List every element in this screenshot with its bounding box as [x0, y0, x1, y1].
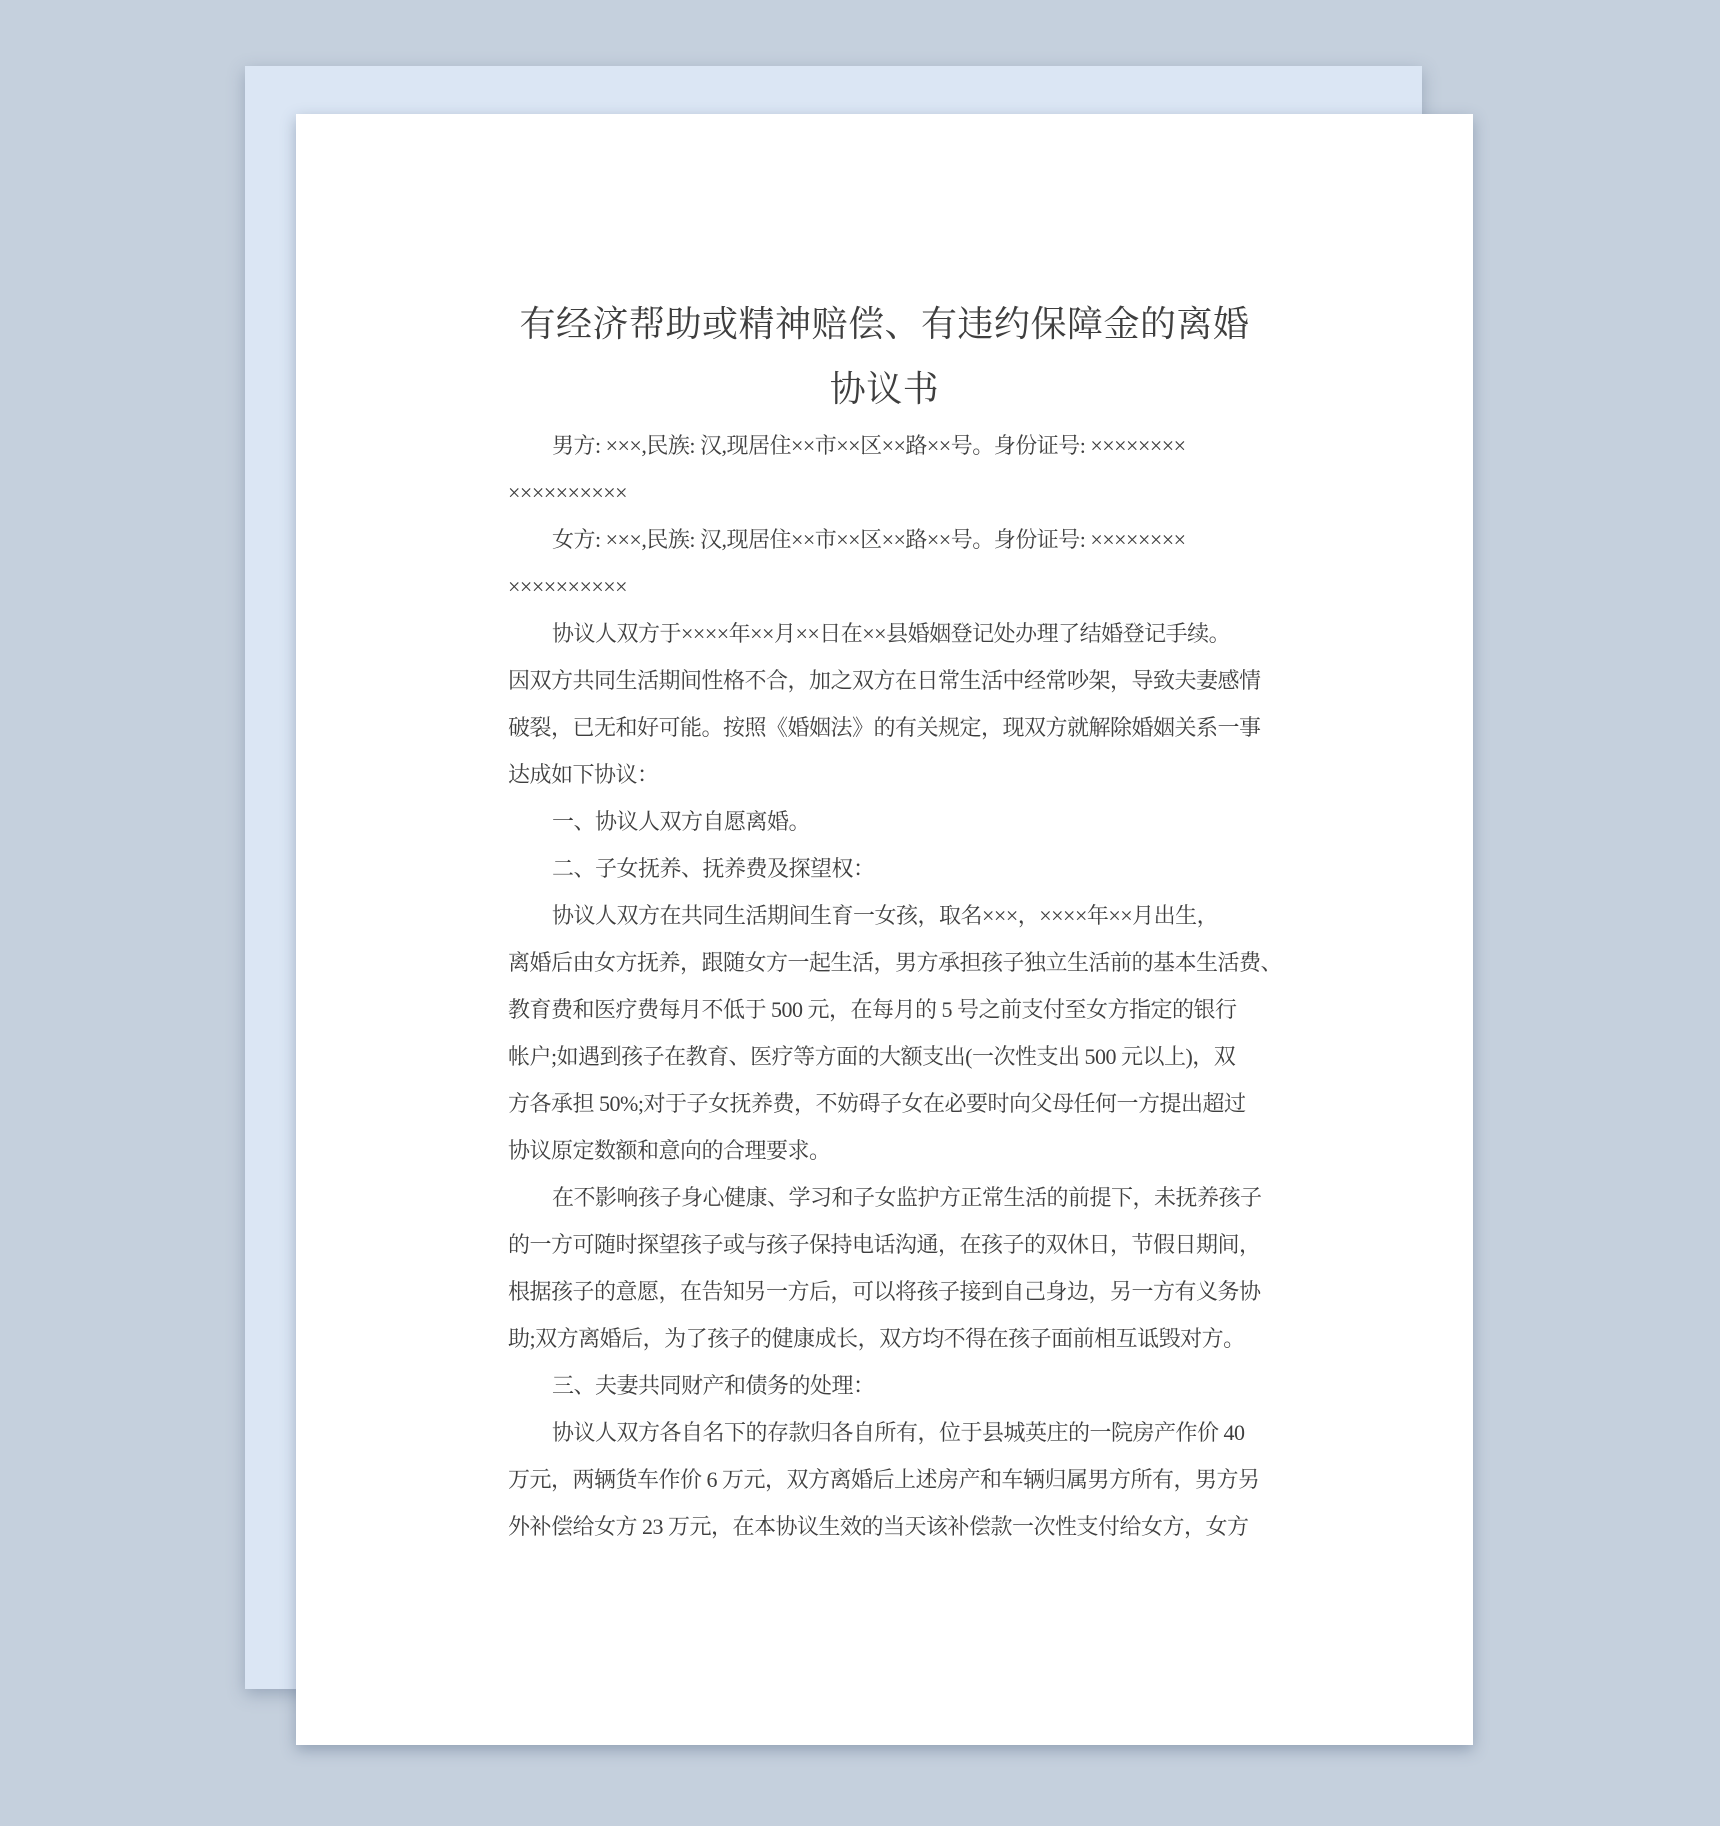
document-page: 有经济帮助或精神赔偿、有违约保障金的离婚协议书 男方: ×××,民族: 汉,现居… [296, 114, 1473, 1745]
doc-line: 因双方共同生活期间性格不合，加之双方在日常生活中经常吵架，导致夫妻感情 [508, 657, 1261, 704]
doc-line: 达成如下协议： [508, 751, 1261, 798]
doc-line: 教育费和医疗费每月不低于 500 元，在每月的 5 号之前支付至女方指定的银行 [508, 986, 1261, 1033]
doc-line: 破裂，已无和好可能。按照《婚姻法》的有关规定，现双方就解除婚姻关系一事 [508, 704, 1261, 751]
doc-line: 万元，两辆货车作价 6 万元，双方离婚后上述房产和车辆归属男方所有，男方另 [508, 1456, 1261, 1503]
doc-line: 离婚后由女方抚养，跟随女方一起生活，男方承担孩子独立生活前的基本生活费、 [508, 939, 1261, 986]
document-title: 有经济帮助或精神赔偿、有违约保障金的离婚协议书 [508, 292, 1261, 422]
document-title-line: 协议书 [508, 357, 1261, 422]
doc-line: 助;双方离婚后，为了孩子的健康成长，双方均不得在孩子面前相互诋毁对方。 [508, 1315, 1261, 1362]
doc-line: 方各承担 50%;对于子女抚养费，不妨碍子女在必要时向父母任何一方提出超过 [508, 1080, 1261, 1127]
canvas-background: 有经济帮助或精神赔偿、有违约保障金的离婚协议书 男方: ×××,民族: 汉,现居… [0, 0, 1720, 1826]
doc-line: 女方: ×××,民族: 汉,现居住××市××区××路××号。身份证号: ××××… [508, 516, 1261, 563]
doc-line: 根据孩子的意愿，在告知另一方后，可以将孩子接到自己身边，另一方有义务协 [508, 1268, 1261, 1315]
doc-line: 男方: ×××,民族: 汉,现居住××市××区××路××号。身份证号: ××××… [508, 422, 1261, 469]
doc-line: 的一方可随时探望孩子或与孩子保持电话沟通，在孩子的双休日，节假日期间， [508, 1221, 1261, 1268]
doc-line: 在不影响孩子身心健康、学习和子女监护方正常生活的前提下，未抚养孩子 [508, 1174, 1261, 1221]
doc-line: 帐户;如遇到孩子在教育、医疗等方面的大额支出(一次性支出 500 元以上)，双 [508, 1033, 1261, 1080]
doc-line: 二、子女抚养、抚养费及探望权： [508, 845, 1261, 892]
doc-line: 三、夫妻共同财产和债务的处理： [508, 1362, 1261, 1409]
document-body: 男方: ×××,民族: 汉,现居住××市××区××路××号。身份证号: ××××… [508, 422, 1261, 1550]
doc-line: 一、协议人双方自愿离婚。 [508, 798, 1261, 845]
doc-line: ×××××××××× [508, 563, 1261, 610]
doc-line: 协议原定数额和意向的合理要求。 [508, 1127, 1261, 1174]
doc-line: 协议人双方在共同生活期间生育一女孩，取名×××，××××年××月出生， [508, 892, 1261, 939]
doc-line: 协议人双方于××××年××月××日在××县婚姻登记处办理了结婚登记手续。 [508, 610, 1261, 657]
doc-line: 协议人双方各自名下的存款归各自所有，位于县城英庄的一院房产作价 40 [508, 1409, 1261, 1456]
doc-line: ×××××××××× [508, 469, 1261, 516]
document-title-line: 有经济帮助或精神赔偿、有违约保障金的离婚 [508, 292, 1261, 357]
doc-line: 外补偿给女方 23 万元，在本协议生效的当天该补偿款一次性支付给女方，女方 [508, 1503, 1261, 1550]
